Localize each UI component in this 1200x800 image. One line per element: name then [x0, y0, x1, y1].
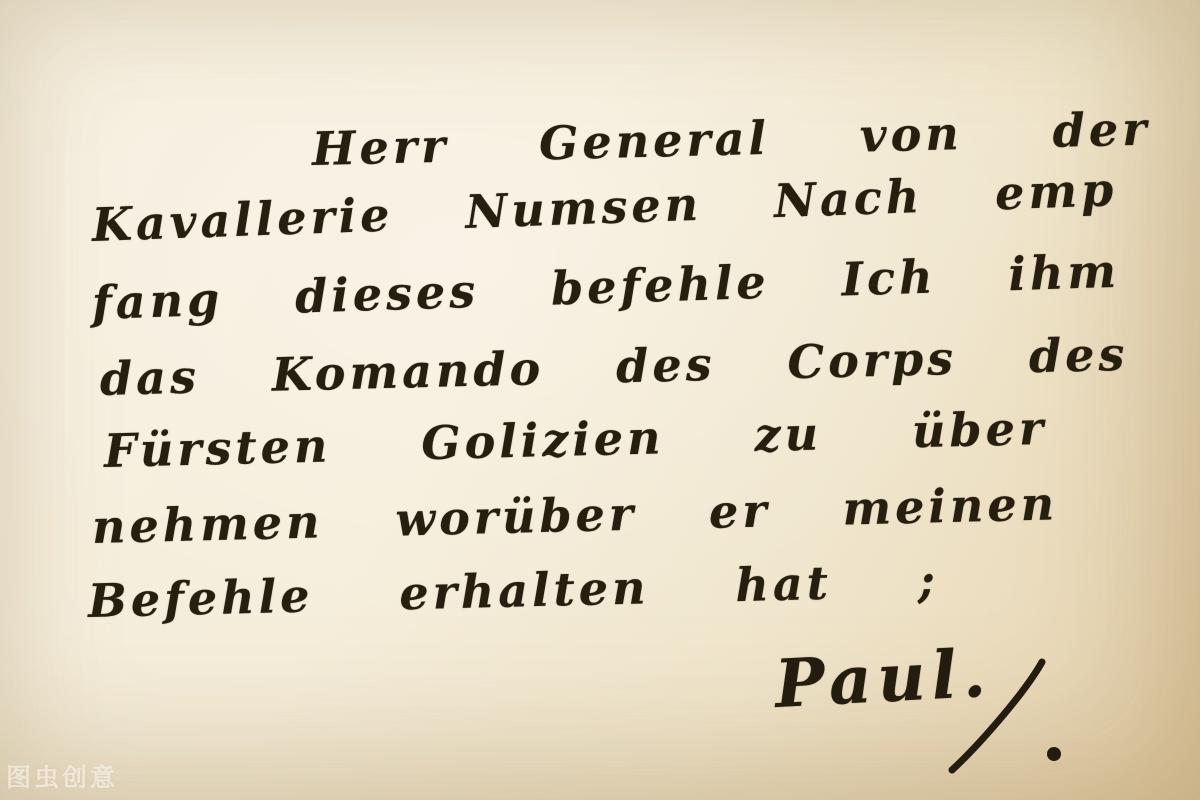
letter-line: Kavallerie Numsen Nach emp [91, 162, 1118, 252]
letter-line: das Komando des Corps des [99, 327, 1129, 406]
letter-line: fang dieses befehle Ich ihm [91, 244, 1121, 330]
letter-line: Befehle erhalten hat ; [87, 553, 939, 628]
handwritten-letter-photo: Herr General von der Kavallerie Numsen N… [0, 0, 1200, 800]
letter-line: Fürsten Golizien zu über [103, 401, 1047, 478]
signature-flourish-icon [938, 650, 1078, 780]
watermark-tuchong-logo: 图虫创意 [6, 758, 118, 794]
letter-line: nehmen worüber er meinen [91, 476, 1058, 554]
